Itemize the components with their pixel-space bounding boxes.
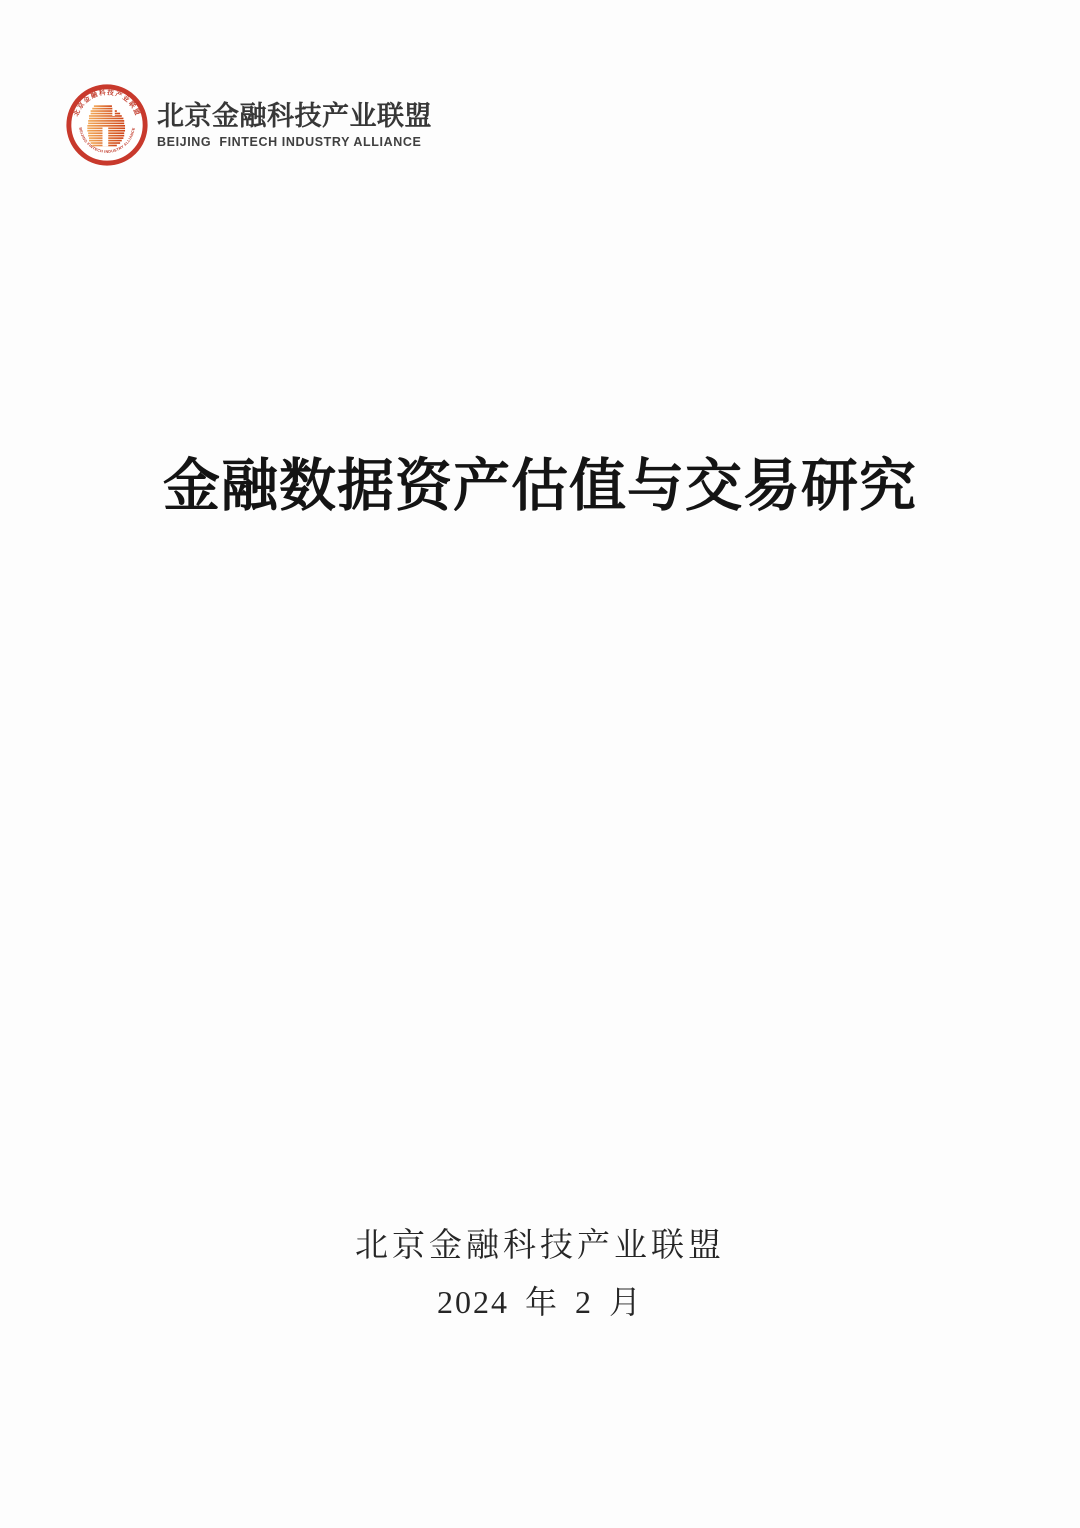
building-door-notch (102, 127, 108, 146)
document-title: 金融数据资产估值与交易研究 (0, 455, 1080, 518)
logo-name-en: BEIJING FINTECH INDUSTRY ALLIANCE (157, 135, 432, 149)
footer-organization: 北京金融科技产业联盟 (0, 1219, 1080, 1266)
alliance-logo-text: 北京金融科技产业联盟 BEIJING FINTECH INDUSTRY ALLI… (157, 101, 432, 149)
logo-name-zh: 北京金融科技产业联盟 (157, 101, 432, 132)
alliance-logo: 北京金融科技产业联盟 BEIJING FINTECH INDUSTRY ALLI… (66, 84, 432, 166)
footer-date: 2024 年 2 月 (0, 1277, 1080, 1323)
alliance-emblem-icon: 北京金融科技产业联盟 BEIJING FINTECH INDUSTRY ALLI… (66, 84, 148, 166)
building-top-notch (112, 105, 114, 116)
document-cover-page: 北京金融科技产业联盟 BEIJING FINTECH INDUSTRY ALLI… (0, 0, 1080, 1528)
